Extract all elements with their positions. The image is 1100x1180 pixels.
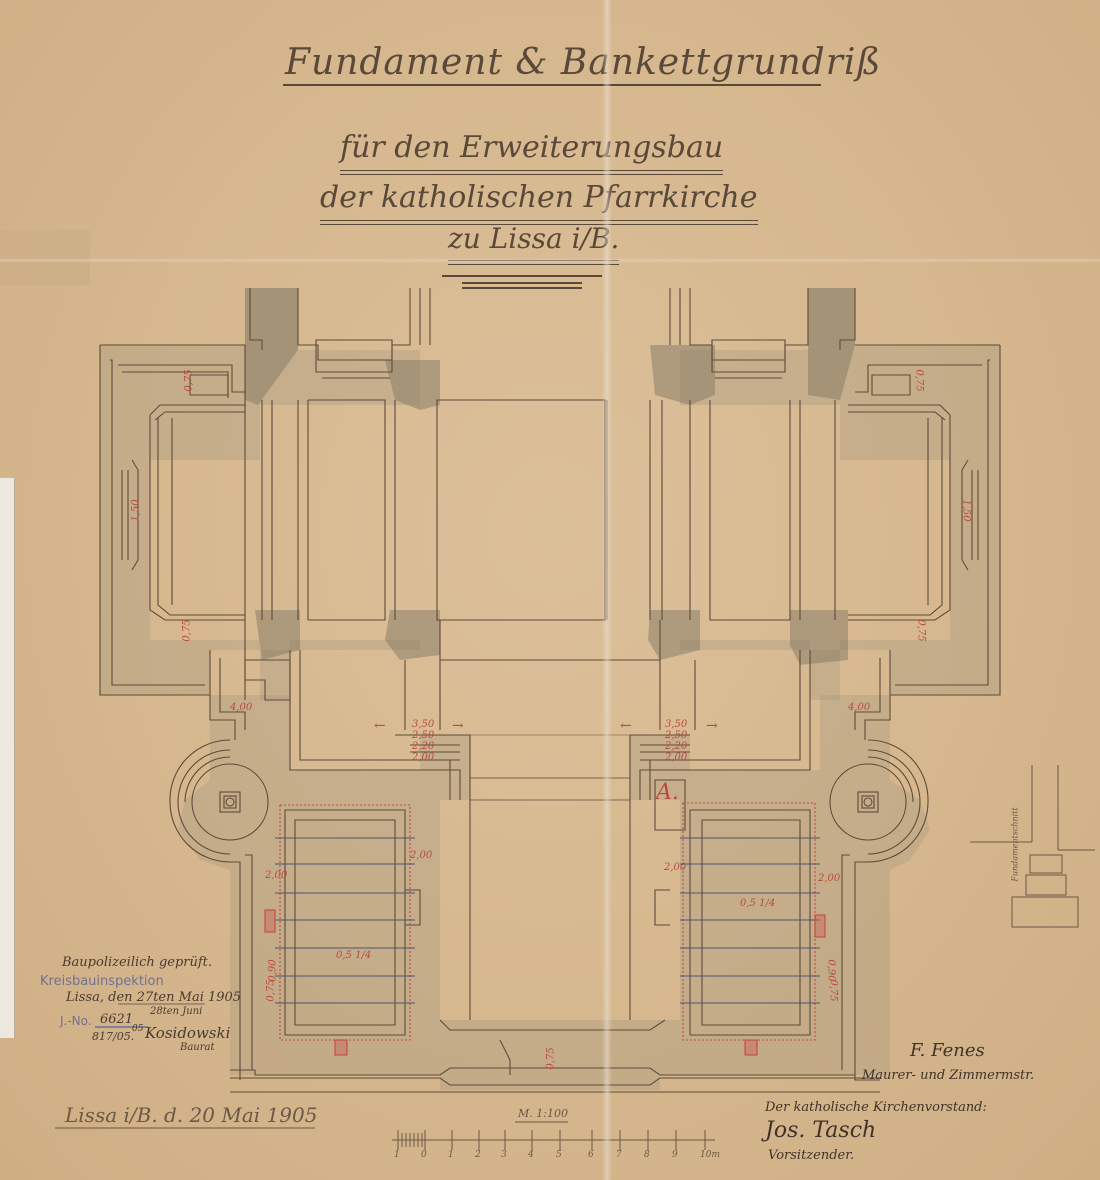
builder-signature: F. Fenes — [910, 1040, 985, 1061]
dim-left-room-outer: 2,00 — [265, 870, 287, 881]
footer-place-date: Lissa i/B. d. 20 Mai 1905 — [65, 1103, 317, 1127]
dim-left-room-inner: 2,00 — [410, 850, 432, 861]
arrow-left-icon: ← — [620, 718, 632, 734]
scale-tick: 9 — [672, 1150, 678, 1160]
dim-lower-right: 0,75 — [916, 619, 927, 641]
approval-place-date: Lissa, den 27ten Mai 1905 — [66, 990, 241, 1005]
dim-lower-left: 0,75 — [182, 619, 193, 641]
inspector-title: Baurat — [180, 1042, 215, 1053]
dim-right-2-00: 2,00 — [665, 752, 687, 763]
dim-left-2-00: 2,00 — [412, 752, 434, 763]
dim-upper-right: 0,75 — [914, 369, 925, 391]
scale-tick: 5 — [556, 1150, 562, 1160]
scale-tick: 1 — [394, 1150, 400, 1160]
scale-tick: 1 — [448, 1150, 454, 1160]
registration-number: 6621 — [100, 1012, 133, 1027]
scale-tick: 0 — [421, 1150, 427, 1160]
dim-right-2-20: 2,20 — [665, 741, 687, 752]
dim-left-vestry: 4,00 — [230, 702, 252, 713]
scale-tick: 8 — [644, 1150, 650, 1160]
arrow-left-icon: ← — [374, 718, 386, 734]
dim-left-2-20: 2,20 — [412, 741, 434, 752]
dim-left-3-50: 3,50 — [412, 719, 434, 730]
dim-left-2-50: 2,50 — [412, 730, 434, 741]
scale-tick: 10m — [700, 1150, 720, 1160]
sub-number: 817/05. — [92, 1030, 134, 1043]
approval-line: Baupolizeilich geprüft. — [62, 955, 212, 970]
section-marker-a: A. — [656, 780, 679, 805]
dim-left-side: 1,50 — [131, 499, 142, 521]
dim-right-side: 1,50 — [961, 499, 972, 521]
dim-right-room-side-a: 0,90 — [826, 959, 837, 981]
section-detail-label: Fundamentschnitt — [1011, 807, 1020, 881]
scale-tick: 7 — [616, 1150, 622, 1160]
inspection-stamp: Kreisbauinspektion — [40, 974, 164, 989]
arrow-right-icon: → — [452, 718, 464, 734]
board-chair-title: Vorsitzender. — [768, 1148, 854, 1163]
scale-label: M. 1:100 — [518, 1107, 568, 1120]
scale-tick: 4 — [528, 1150, 534, 1160]
dim-right-2-50: 2,50 — [665, 730, 687, 741]
board-chair-signature: Jos. Tasch — [765, 1118, 876, 1143]
drawing-sheet: Fundament & Bankettgrundriß für den Erwe… — [0, 0, 1100, 1180]
paper-fold-horizontal — [0, 258, 1100, 263]
dim-bottom-center: 0,75 — [546, 1047, 557, 1069]
builder-title: Maurer- und Zimmermstr. — [862, 1068, 1034, 1083]
dim-right-room-center: 0,5 1/4 — [740, 898, 775, 909]
dim-right-room-outer: 2,00 — [818, 873, 840, 884]
dim-right-vestry: 4,00 — [848, 702, 870, 713]
approval-date-correction: 28ten Juni — [150, 1006, 202, 1017]
dim-left-room-side-b: 0,75 — [266, 979, 277, 1001]
dim-right-room-side-b: 0,75 — [828, 979, 839, 1001]
paper-fold-vertical — [602, 0, 612, 1180]
church-board-label: Der katholische Kirchenvorstand: — [765, 1100, 987, 1115]
inspector-signature: Kosidowski — [145, 1024, 230, 1042]
scale-tick: 3 — [501, 1150, 507, 1160]
arrow-right-icon: → — [706, 718, 718, 734]
dim-left-room-center: 0,5 1/4 — [336, 950, 371, 961]
dim-right-3-50: 3,50 — [665, 719, 687, 730]
dim-upper-left: 0,75 — [184, 369, 195, 391]
dim-left-room-side-a: 0,90 — [268, 959, 279, 981]
registration-prefix: J.-No. — [60, 1014, 92, 1028]
dim-right-room-inner: 2,00 — [664, 862, 686, 873]
scale-tick: 2 — [475, 1150, 481, 1160]
scale-tick: 6 — [588, 1150, 594, 1160]
